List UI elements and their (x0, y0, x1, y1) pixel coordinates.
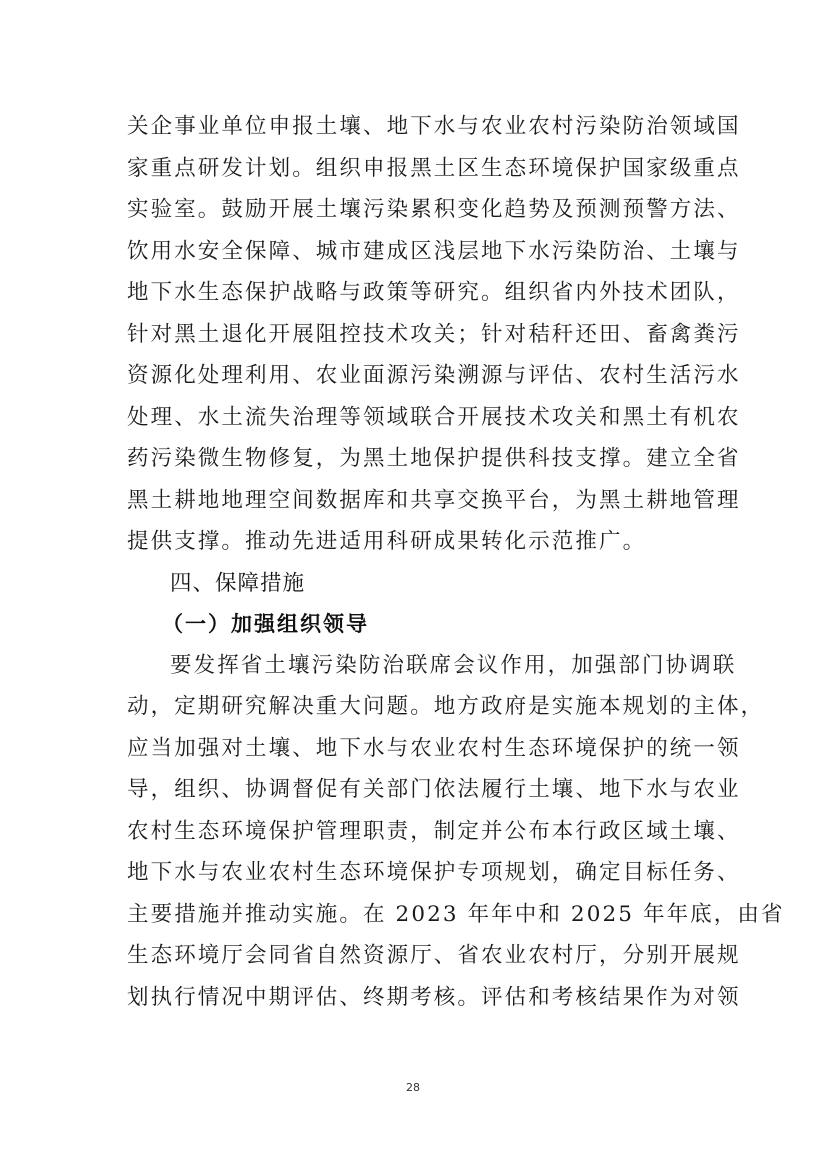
text-line: 黑土耕地地理空间数据库和共享交换平台，为黑土耕地管理 (127, 480, 702, 522)
text-line: 要发挥省土壤污染防治联席会议作用，加强部门协调联 (127, 645, 702, 687)
text-line: 饮用水安全保障、城市建成区浅层地下水污染防治、土壤与 (127, 231, 702, 273)
text-line: 药污染微生物修复，为黑土地保护提供科技支撑。建立全省 (127, 438, 702, 480)
text-line: 生态环境厅会同省自然资源厅、省农业农村厅，分别开展规 (127, 935, 702, 977)
text-line: 家重点研发计划。组织申报黑土区生态环境保护国家级重点 (127, 148, 702, 190)
text-line: 动，定期研究解决重大问题。地方政府是实施本规划的主体， (127, 686, 702, 728)
paragraph-research-support: 关企事业单位申报土壤、地下水与农业农村污染防治领域国 家重点研发计划。组织申报黑… (127, 106, 702, 563)
text-line: 关企事业单位申报土壤、地下水与农业农村污染防治领域国 (127, 106, 702, 148)
text-line: 地下水与农业农村生态环境保护专项规划，确定目标任务、 (127, 852, 702, 894)
text-line: 应当加强对土壤、地下水与农业农村生态环境保护的统一领 (127, 728, 702, 770)
page-number: 28 (0, 1081, 826, 1094)
document-page: 关企事业单位申报土壤、地下水与农业农村污染防治领域国 家重点研发计划。组织申报黑… (0, 0, 826, 1169)
text-line: 地下水生态保护战略与政策等研究。组织省内外技术团队， (127, 272, 702, 314)
section-heading: 四、保障措施 (127, 563, 702, 604)
text-line: 划执行情况中期评估、终期考核。评估和考核结果作为对领 (127, 977, 702, 1019)
page-content: 关企事业单位申报土壤、地下水与农业农村污染防治领域国 家重点研发计划。组织申报黑… (127, 106, 702, 1018)
text-line: 针对黑土退化开展阻控技术攻关；针对秸秆还田、畜禽粪污 (127, 314, 702, 356)
text-line: 资源化处理利用、农业面源污染溯源与评估、农村生活污水 (127, 355, 702, 397)
text-line: 处理、水土流失治理等领域联合开展技术攻关和黑土有机农 (127, 397, 702, 439)
text-line: 农村生态环境保护管理职责，制定并公布本行政区域土壤、 (127, 811, 702, 853)
text-line: 实验室。鼓励开展土壤污染累积变化趋势及预测预警方法、 (127, 189, 702, 231)
text-line: 导，组织、协调督促有关部门依法履行土壤、地下水与农业 (127, 769, 702, 811)
text-line: 提供支撑。推动先进适用科研成果转化示范推广。 (127, 521, 702, 563)
paragraph-organization-leadership: 要发挥省土壤污染防治联席会议作用，加强部门协调联 动，定期研究解决重大问题。地方… (127, 645, 702, 1019)
text-line: 主要措施并推动实施。在 2023 年年中和 2025 年年底，由省 (127, 894, 702, 936)
subsection-heading: （一）加强组织领导 (127, 604, 702, 645)
